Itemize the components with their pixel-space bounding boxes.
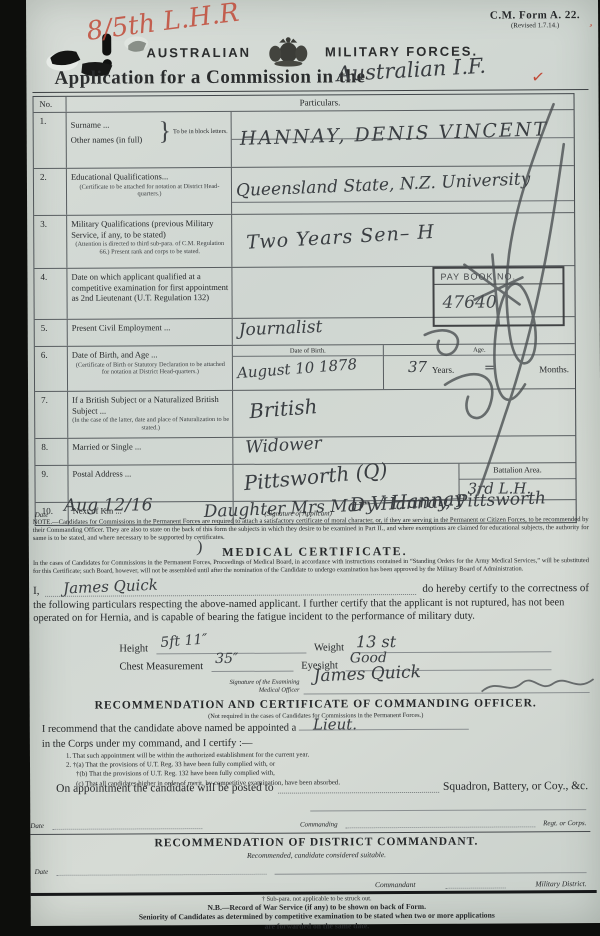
age-column: Age. 37 Years. = Months. [384,344,575,389]
military-note: (Attention is directed to third sub-para… [71,240,228,256]
row-label-cell: Surname ... Other names (in full) } To b… [67,112,232,168]
postal-value: Pittsworth (Q) [243,458,389,495]
form-code: C.M. Form A. 22. [490,9,580,21]
employment-label: Present Civil Employment ... [72,322,171,333]
surname-label: Surname ... [71,119,157,130]
birth-label: Date of Birth, and Age ... [72,349,158,359]
british-value: British [248,394,318,423]
recommend-post: in the Corps under my command, and I cer… [42,738,253,750]
row-label-cell: Married or Single ... [68,438,233,465]
pay-book-number: 47640 [434,284,562,313]
certifier-name: James Quick [63,576,158,598]
chest-fill: 35″ [211,661,293,672]
co-date-label: Date [30,822,44,830]
age-header: Age. [384,344,575,356]
dob-column: Date of Birth. August 10 1878 [233,345,384,390]
co-posted-line: On appointment the candidate will be pos… [56,780,588,795]
org-left-label: AUSTRALIAN [146,44,251,60]
title-rule [32,89,588,93]
recommend-rank-value: Lieut. [313,714,357,735]
british-note: (In the case of the latter, date and pla… [72,416,229,432]
co-date-row: Date Commanding Regt. or Corps. [30,819,586,830]
med-sig-label-2: Medical Officer [259,687,300,694]
row-military-qualifications: 3. Military Qualifications (previous Mil… [34,212,574,268]
row-british-subject: 7. If a British Subject or a Naturalized… [35,388,575,438]
height-value: 5ft 11″ [159,631,207,650]
red-check-mark: ✓ [530,67,546,89]
row-no: 4. [34,269,67,319]
row-value-cell: Widower [233,436,575,464]
dob-value: August 10 1878 [236,355,357,382]
row-label-cell: Present Civil Employment ... [68,319,233,346]
battalion-area-label: Battalion Area. [459,463,575,480]
nb-line-3: are forwarded on the same date. [31,920,600,932]
particulars-table: No. Particulars. 1. Surname ... Other na… [33,93,577,526]
certify-text-line1: do hereby certify to the correctness of [422,582,589,595]
height-label: Height [119,643,148,654]
months-label: Months. [539,364,569,374]
block-letters-note: To be in block letters. [173,128,228,136]
years-label: Years. [432,365,454,375]
col-header-no: No. [34,97,67,112]
pay-book-stamp: PAY BOOK NO. 47640 [432,266,564,327]
red-corner-mark: ’ [586,21,593,37]
row-label-cell: If a British Subject or a Naturalized Br… [68,391,233,438]
dob-header: Date of Birth. [233,345,383,357]
date-label: Date [35,511,49,519]
posted-fill [278,781,439,794]
weight-label: Weight [314,642,344,653]
recommend-fill: Lieut. [299,729,469,731]
row-no: 2. [34,169,67,215]
row-no: 7. [35,392,68,438]
district-date-row: Date [35,865,587,876]
nb-notes: N.B.—Record of War Service (if any) to b… [31,901,600,932]
commandant-label: Commandant [375,880,415,889]
row-educational: 2. Educational Qualifications... (Certif… [34,165,574,215]
age-dash: = [484,361,495,376]
qualified-label: Date on which applicant qualified at a c… [71,271,228,303]
certify-text-rest: the following particulars respecting the… [33,596,589,625]
row-no: 1. [34,113,67,168]
chest-label: Chest Measurement [119,661,203,672]
row-no: 6. [35,347,68,391]
row-birth-age: 6. Date of Birth, and Age ... (Certifica… [35,343,575,391]
birth-note: (Certificate of Birth or Statutory Decla… [72,361,229,377]
district-subheading: Recommended, candidate considered suitab… [30,849,600,861]
note-paragraph: NOTE.—Candidates for Commissions in the … [33,516,589,543]
co-recommend-line: I recommend that the candidate above nam… [42,720,590,752]
row-no: 5. [35,320,68,346]
form-revision: (Revised 1.7.14.) [490,21,580,29]
co-blank-line [310,809,586,811]
org-title-line: AUSTRALIAN MILITARY FORCES. [26,35,598,68]
educational-value: Queensland State, N.Z. University [236,169,531,201]
chest-value: 35″ [215,651,238,667]
coat-of-arms-icon [265,37,311,67]
row-label-cell: Date on which applicant qualified at a c… [67,268,232,319]
commanding-label: Commanding [300,820,338,828]
district-date-label: Date [35,868,49,876]
postal-label: Postal Address ... [72,468,131,478]
brace-glyph: } [158,116,171,149]
row-surname: 1. Surname ... Other names (in full) } T… [34,109,574,168]
row-value-cell: HANNAY, DENIS VINCENT [232,110,574,167]
row-no: 8. [35,439,68,465]
othernames-label: Other names (in full) [71,134,157,145]
row-label-cell: Military Qualifications (previous Milita… [67,215,232,268]
form-paper: C.M. Form A. 22. (Revised 1.7.14.) ’ 8/5… [26,0,600,926]
co-heading: RECOMMENDATION AND CERTIFICATE OF COMMAN… [30,697,600,712]
district-heading: RECOMMENDATION OF DISTRICT COMMANDANT. [30,835,600,850]
employment-value: Journalist [238,317,322,340]
recommend-pre: I recommend that the candidate above nam… [42,723,297,735]
military-value: Two Years Sen– H [246,221,436,254]
examining-officer-signature: James Quick [313,662,421,686]
pay-book-label: PAY BOOK NO. [434,268,562,285]
posted-post: Squadron, Battery, or Coy., &c. [443,780,588,793]
examining-officer-signature-row: Signature of the Examining Medical Offic… [230,677,590,695]
posted-pre: On appointment the candidate will be pos… [56,782,274,795]
military-label: Military Qualifications (previous Milita… [71,218,213,239]
form-title: Application for a Commission in the [54,66,365,90]
row-value-cell: Two Years Sen– H [232,213,574,267]
row-value-cell: Queensland State, N.Z. University [232,166,574,214]
married-label: Married or Single ... [72,441,141,451]
co-separator-line [30,831,590,835]
form-code-block: C.M. Form A. 22. (Revised 1.7.14.) [490,9,580,29]
surname-value: HANNAY, DENIS VINCENT [239,118,548,150]
med-sig-line: James Quick [303,677,589,694]
applicant-date-value: Aug 12/16 [64,495,153,515]
row-married-single: 8. Married or Single ... Widower [35,435,575,465]
married-value: Widower [245,433,322,457]
educational-label: Educational Qualifications... [71,171,168,182]
row-no: 3. [34,216,67,268]
medical-intro: In the cases of Candidates for Commissio… [33,557,589,575]
british-label: If a British Subject or a Naturalized Br… [72,394,219,415]
military-district-label: Military District. [535,879,586,888]
row-label-cell: Date of Birth, and Age ... (Certificate … [68,346,233,391]
scanned-document: C.M. Form A. 22. (Revised 1.7.14.) ’ 8/5… [0,0,600,936]
certifier-fill-line: James Quick [45,583,416,597]
i-label: I, [33,585,39,597]
regt-corps-label: Regt. or Corps. [543,819,586,827]
district-commandant-row: Commandant Military District. [35,879,587,891]
med-sig-label-1: Signature of the Examining [230,679,300,686]
row-value-cell: British [233,389,575,437]
educational-note: (Certificate to be attached for notation… [71,183,228,199]
medical-certifier-line: I, James Quick do hereby certify to the … [33,582,589,597]
rank-scrawl [478,669,598,700]
weight-value: 13 st [356,632,396,651]
row-value-cell: Date of Birth. August 10 1878 Age. 37 Ye… [233,344,575,390]
row-label-cell: Educational Qualifications... (Certifica… [67,168,232,215]
age-value: 37 [408,358,427,376]
